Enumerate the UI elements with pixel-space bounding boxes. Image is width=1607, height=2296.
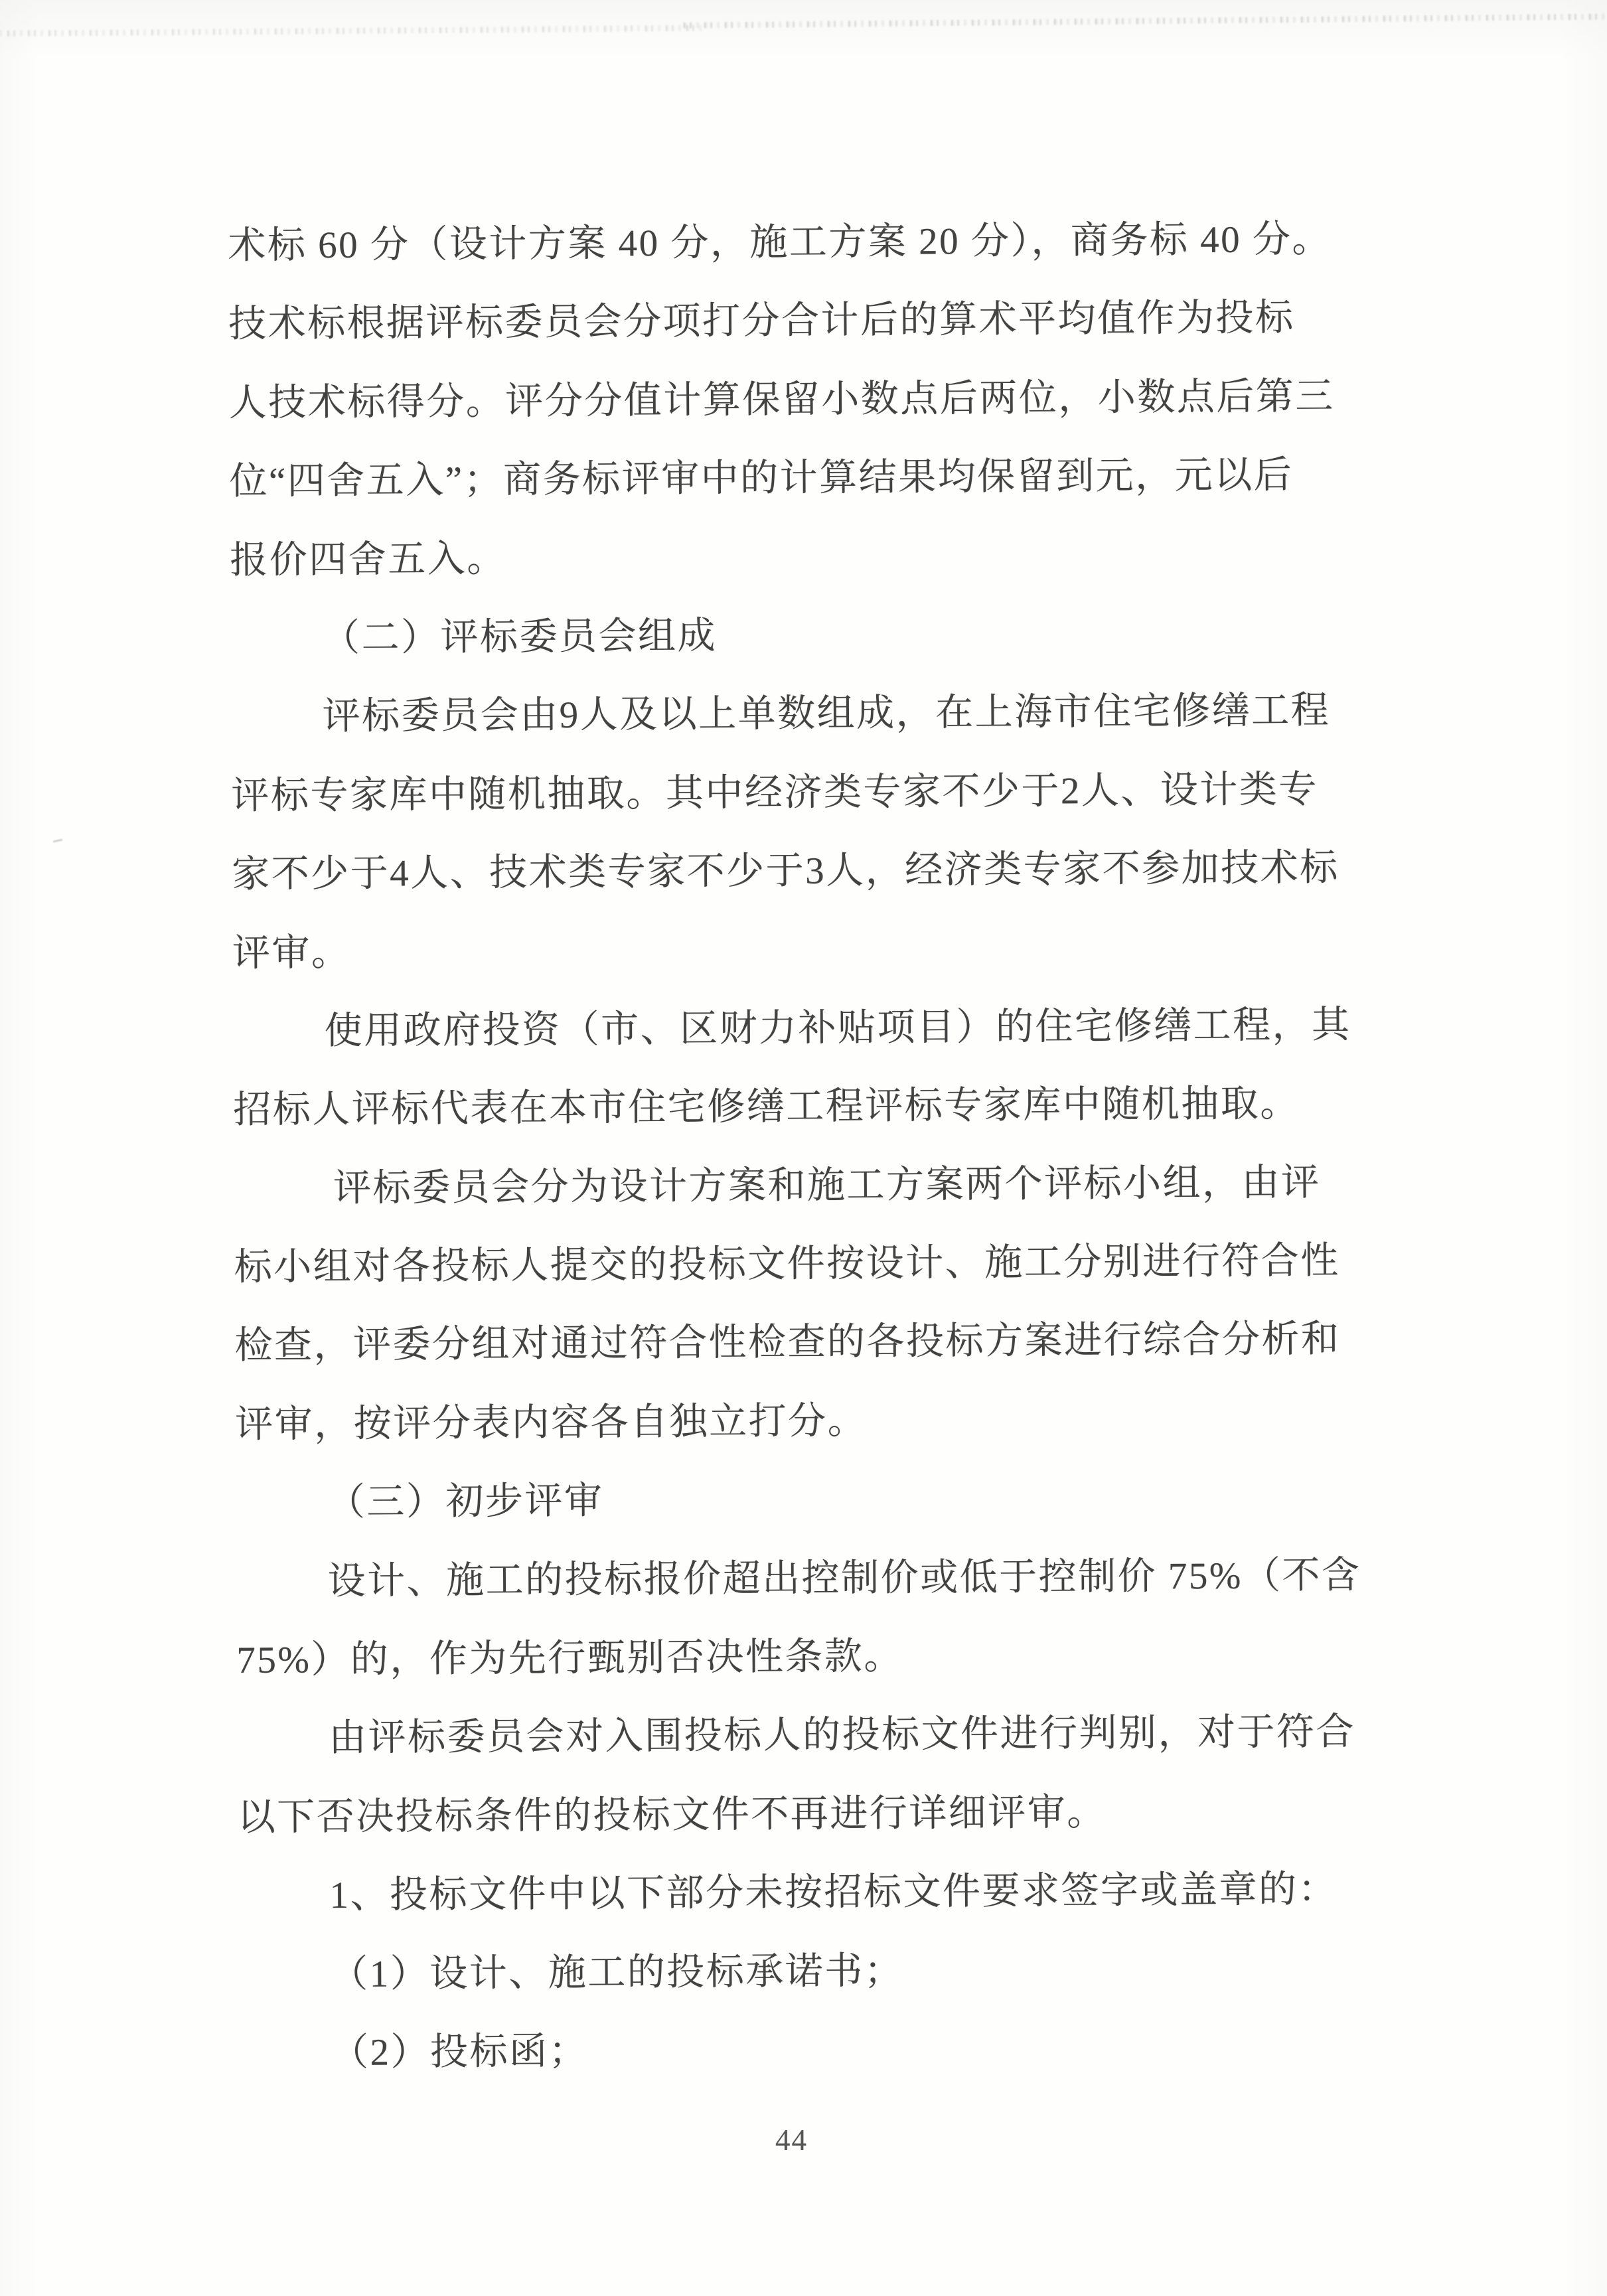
page-number: 44 — [775, 2123, 808, 2157]
text-line: （二）评标委员会组成 — [230, 593, 1399, 678]
text-line: 1、投标文件中以下部分未按招标文件要求签字或盖章的： — [238, 1850, 1407, 1936]
text-line: 评标委员会由9人及以上单数组成，在上海市住宅修缮工程 — [230, 672, 1399, 757]
text-line: 由评标委员会对入围投标人的投标文件进行判别，对于符合 — [237, 1693, 1406, 1779]
text-line: 术标 60 分（设计方案 40 分，施工方案 20 分），商务标 40 分。 — [228, 200, 1397, 285]
text-line: （2）投标函； — [239, 2007, 1408, 2093]
scan-speck-artifact — [53, 839, 62, 843]
text-line: 使用政府投资（市、区财力补贴项目）的住宅修缮工程，其 — [232, 986, 1401, 1071]
text-line: （三）初步评审 — [236, 1457, 1405, 1543]
text-line: 设计、施工的投标报价超出控制价或低于控制价 75%（不含 — [236, 1536, 1405, 1622]
text-line: 招标人评标代表在本市住宅修缮工程评标专家库中随机抽取。 — [233, 1065, 1402, 1150]
text-line: 75%）的，作为先行甄别否决性条款。 — [236, 1614, 1405, 1700]
scan-bleedthrough-artifact — [0, 25, 704, 37]
text-line: 家不少于4人、技术类专家不少于3人，经济类专家不参加技术标 — [232, 828, 1401, 914]
text-line: （1）设计、施工的投标承诺书； — [238, 1929, 1407, 2015]
text-line: 评审，按评分表内容各自独立打分。 — [235, 1379, 1404, 1464]
text-line: 标小组对各投标人提交的投标文件按设计、施工分别进行符合性 — [234, 1221, 1403, 1307]
text-line: 评审。 — [232, 907, 1401, 993]
text-line: 以下否决投标条件的投标文件不再进行详细评审。 — [237, 1772, 1406, 1857]
text-line: 技术标根据评标委员会分项打分合计后的算术平均值作为投标 — [228, 279, 1397, 364]
scanned-document-page: 术标 60 分（设计方案 40 分，施工方案 20 分），商务标 40 分。技术… — [0, 0, 1607, 2296]
text-line: 评标委员会分为设计方案和施工方案两个评标小组，由评 — [234, 1143, 1403, 1229]
text-line: 人技术标得分。评分分值计算保留小数点后两位，小数点后第三 — [228, 357, 1397, 443]
text-line: 评标专家库中随机抽取。其中经济类专家不少于2人、设计类专 — [231, 750, 1400, 836]
text-line: 位“四舍五入”；商务标评审中的计算结果均保留到元，元以后 — [229, 435, 1398, 521]
text-line: 检查，评委分组对通过符合性检查的各投标方案进行综合分析和 — [234, 1300, 1403, 1386]
scan-bleedthrough-artifact — [684, 13, 1607, 29]
document-body-text: 术标 60 分（设计方案 40 分，施工方案 20 分），商务标 40 分。技术… — [228, 200, 1407, 2093]
text-line: 报价四舍五入。 — [230, 514, 1399, 600]
